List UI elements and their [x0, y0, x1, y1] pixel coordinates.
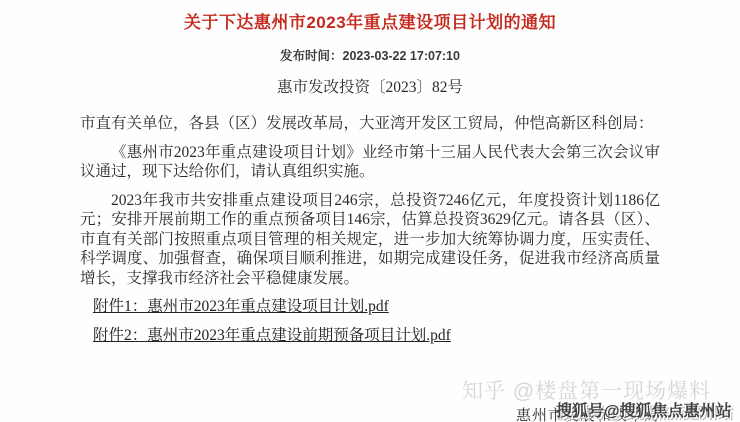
notice-body: 市直有关单位，各县（区）发展改革局，大亚湾开发区工贸局，仲恺高新区科创局： 《惠…	[80, 114, 660, 288]
recipients-line: 市直有关单位，各县（区）发展改革局，大亚湾开发区工贸局，仲恺高新区科创局：	[80, 114, 660, 134]
page-title: 关于下达惠州市2023年重点建设项目计划的通知	[80, 8, 660, 33]
notice-page: 关于下达惠州市2023年重点建设项目计划的通知 发布时间：2023-03-22 …	[0, 0, 740, 422]
doc-number: 惠市发改投资〔2023〕82号	[80, 75, 660, 97]
attachments-list: 附件1：惠州市2023年重点建设项目计划.pdf 附件2：惠州市2023年重点建…	[80, 297, 660, 355]
paragraph-approval: 《惠州市2023年重点建设项目计划》业经市第十三届人民代表大会第三次会议审议通过…	[80, 143, 660, 182]
issuing-authority-signature: 惠州市发展和改革局	[80, 404, 660, 422]
zhihu-watermark: 知乎 @楼盘第一现场爆料	[462, 375, 711, 405]
attachment-link-1[interactable]: 附件1：惠州市2023年重点建设项目计划.pdf	[93, 297, 389, 316]
paragraph-plan-details: 2023年我市共安排重点建设项目246宗，总投资7246亿元，年度投资计划118…	[80, 191, 660, 289]
attachment-link-2[interactable]: 附件2：惠州市2023年重点建设前期预备项目计划.pdf	[93, 326, 451, 345]
publish-time: 发布时间：2023-03-22 17:07:10	[80, 46, 660, 64]
